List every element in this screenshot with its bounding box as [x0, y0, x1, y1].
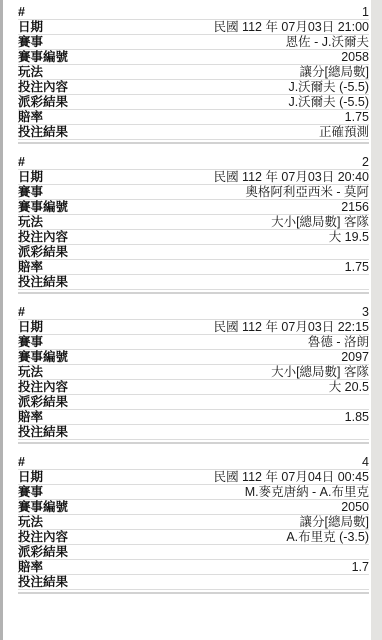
field-label-payout-result: 派彩結果: [18, 95, 68, 110]
field-label-payout-result: 派彩結果: [18, 245, 68, 260]
field-value-payout-result: J.沃爾夫 (-5.5): [288, 95, 369, 110]
field-value-event: 奧格阿利亞西米 - 莫阿: [245, 185, 369, 200]
record-row-odds: 賠率 1.75: [18, 260, 369, 275]
field-label-odds: 賠率: [18, 410, 43, 425]
field-label-event-no: 賽事編號: [18, 500, 68, 515]
record-row-payout-result: 派彩結果: [18, 545, 369, 560]
record-row-event-no: 賽事編號 2156: [18, 200, 369, 215]
record-row-bet-result: 投注結果: [18, 575, 369, 590]
field-value-num: 4: [362, 455, 369, 470]
field-label-odds: 賠率: [18, 560, 43, 575]
field-value-play-type: 讓分[總局數]: [300, 515, 369, 530]
record-row-bet-result: 投注結果: [18, 275, 369, 290]
field-value-odds: 1.75: [345, 110, 369, 125]
field-value-odds: 1.7: [352, 560, 369, 575]
field-label-date: 日期: [18, 170, 43, 185]
record-row-payout-result: 派彩結果: [18, 395, 369, 410]
record-row-payout-result: 派彩結果 J.沃爾夫 (-5.5): [18, 95, 369, 110]
field-label-play-type: 玩法: [18, 215, 43, 230]
bet-records-list: # 1 日期 民國 112 年 07月03日 21:00 賽事 恩佐 - J.沃…: [3, 0, 371, 640]
record-row-bet-result: 投注結果 正確預測: [18, 125, 369, 140]
field-value-num: 3: [362, 305, 369, 320]
record-row-bet-content: 投注內容 大 19.5: [18, 230, 369, 245]
field-value-date: 民國 112 年 07月04日 00:45: [214, 470, 369, 485]
field-value-event-no: 2050: [341, 500, 369, 515]
field-label-bet-result: 投注結果: [18, 425, 68, 440]
record-row-play-type: 玩法 讓分[總局數]: [18, 515, 369, 530]
field-value-bet-content: 大 20.5: [329, 380, 369, 395]
field-label-event-no: 賽事編號: [18, 200, 68, 215]
field-label-payout-result: 派彩結果: [18, 395, 68, 410]
field-value-odds: 1.75: [345, 260, 369, 275]
field-label-play-type: 玩法: [18, 515, 43, 530]
record-row-bet-content: 投注內容 A.布里克 (-3.5): [18, 530, 369, 545]
field-value-odds: 1.85: [345, 410, 369, 425]
record-row-num: # 3: [18, 305, 369, 320]
record-row-event: 賽事 魯德 - 洛朗: [18, 335, 369, 350]
field-value-num: 1: [362, 5, 369, 20]
record-card-1: # 1 日期 民國 112 年 07月03日 21:00 賽事 恩佐 - J.沃…: [18, 5, 369, 144]
field-value-date: 民國 112 年 07月03日 22:15: [214, 320, 369, 335]
record-row-event-no: 賽事編號 2097: [18, 350, 369, 365]
field-value-event-no: 2058: [341, 50, 369, 65]
field-label-event: 賽事: [18, 335, 43, 350]
record-row-play-type: 玩法 大小[總局數] 客隊: [18, 215, 369, 230]
field-label-num: #: [18, 305, 25, 320]
field-label-event-no: 賽事編號: [18, 350, 68, 365]
record-row-event: 賽事 恩佐 - J.沃爾夫: [18, 35, 369, 50]
right-gutter: [371, 0, 382, 640]
record-row-event: 賽事 奧格阿利亞西米 - 莫阿: [18, 185, 369, 200]
field-value-play-type: 讓分[總局數]: [300, 65, 369, 80]
field-value-bet-content: J.沃爾夫 (-5.5): [288, 80, 369, 95]
field-label-date: 日期: [18, 470, 43, 485]
field-label-play-type: 玩法: [18, 65, 43, 80]
record-row-event-no: 賽事編號 2050: [18, 500, 369, 515]
field-value-bet-content: A.布里克 (-3.5): [286, 530, 369, 545]
field-label-num: #: [18, 155, 25, 170]
field-label-bet-result: 投注結果: [18, 125, 68, 140]
record-row-bet-content: 投注內容 J.沃爾夫 (-5.5): [18, 80, 369, 95]
record-row-num: # 2: [18, 155, 369, 170]
record-row-event-no: 賽事編號 2058: [18, 50, 369, 65]
field-label-date: 日期: [18, 20, 43, 35]
field-label-bet-result: 投注結果: [18, 275, 68, 290]
field-value-event-no: 2156: [341, 200, 369, 215]
field-value-bet-content: 大 19.5: [329, 230, 369, 245]
field-label-event: 賽事: [18, 485, 43, 500]
record-row-bet-content: 投注內容 大 20.5: [18, 380, 369, 395]
field-label-bet-content: 投注內容: [18, 530, 68, 545]
record-row-date: 日期 民國 112 年 07月04日 00:45: [18, 470, 369, 485]
field-label-date: 日期: [18, 320, 43, 335]
field-label-bet-content: 投注內容: [18, 380, 68, 395]
field-label-bet-content: 投注內容: [18, 80, 68, 95]
field-value-event-no: 2097: [341, 350, 369, 365]
record-row-play-type: 玩法 讓分[總局數]: [18, 65, 369, 80]
field-value-bet-result: 正確預測: [319, 125, 369, 140]
field-label-odds: 賠率: [18, 260, 43, 275]
record-card-2: # 2 日期 民國 112 年 07月03日 20:40 賽事 奧格阿利亞西米 …: [18, 155, 369, 294]
field-value-play-type: 大小[總局數] 客隊: [271, 365, 369, 380]
record-row-odds: 賠率 1.75: [18, 110, 369, 125]
record-row-date: 日期 民國 112 年 07月03日 20:40: [18, 170, 369, 185]
record-row-event: 賽事 M.麥克唐納 - A.布里克: [18, 485, 369, 500]
record-row-num: # 1: [18, 5, 369, 20]
record-row-payout-result: 派彩結果: [18, 245, 369, 260]
field-value-date: 民國 112 年 07月03日 20:40: [214, 170, 369, 185]
field-label-play-type: 玩法: [18, 365, 43, 380]
field-value-event: M.麥克唐納 - A.布里克: [245, 485, 369, 500]
field-label-num: #: [18, 5, 25, 20]
field-label-num: #: [18, 455, 25, 470]
record-row-num: # 4: [18, 455, 369, 470]
field-value-event: 恩佐 - J.沃爾夫: [286, 35, 369, 50]
field-value-date: 民國 112 年 07月03日 21:00: [214, 20, 369, 35]
record-row-play-type: 玩法 大小[總局數] 客隊: [18, 365, 369, 380]
field-label-event-no: 賽事編號: [18, 50, 68, 65]
record-row-date: 日期 民國 112 年 07月03日 21:00: [18, 20, 369, 35]
record-row-odds: 賠率 1.7: [18, 560, 369, 575]
record-row-bet-result: 投注結果: [18, 425, 369, 440]
field-value-play-type: 大小[總局數] 客隊: [271, 215, 369, 230]
field-label-bet-result: 投注結果: [18, 575, 68, 590]
record-card-4: # 4 日期 民國 112 年 07月04日 00:45 賽事 M.麥克唐納 -…: [18, 455, 369, 594]
field-value-num: 2: [362, 155, 369, 170]
record-row-odds: 賠率 1.85: [18, 410, 369, 425]
field-value-event: 魯德 - 洛朗: [308, 335, 369, 350]
field-label-event: 賽事: [18, 35, 43, 50]
record-row-date: 日期 民國 112 年 07月03日 22:15: [18, 320, 369, 335]
field-label-odds: 賠率: [18, 110, 43, 125]
field-label-event: 賽事: [18, 185, 43, 200]
field-label-payout-result: 派彩結果: [18, 545, 68, 560]
record-card-3: # 3 日期 民國 112 年 07月03日 22:15 賽事 魯德 - 洛朗 …: [18, 305, 369, 444]
field-label-bet-content: 投注內容: [18, 230, 68, 245]
